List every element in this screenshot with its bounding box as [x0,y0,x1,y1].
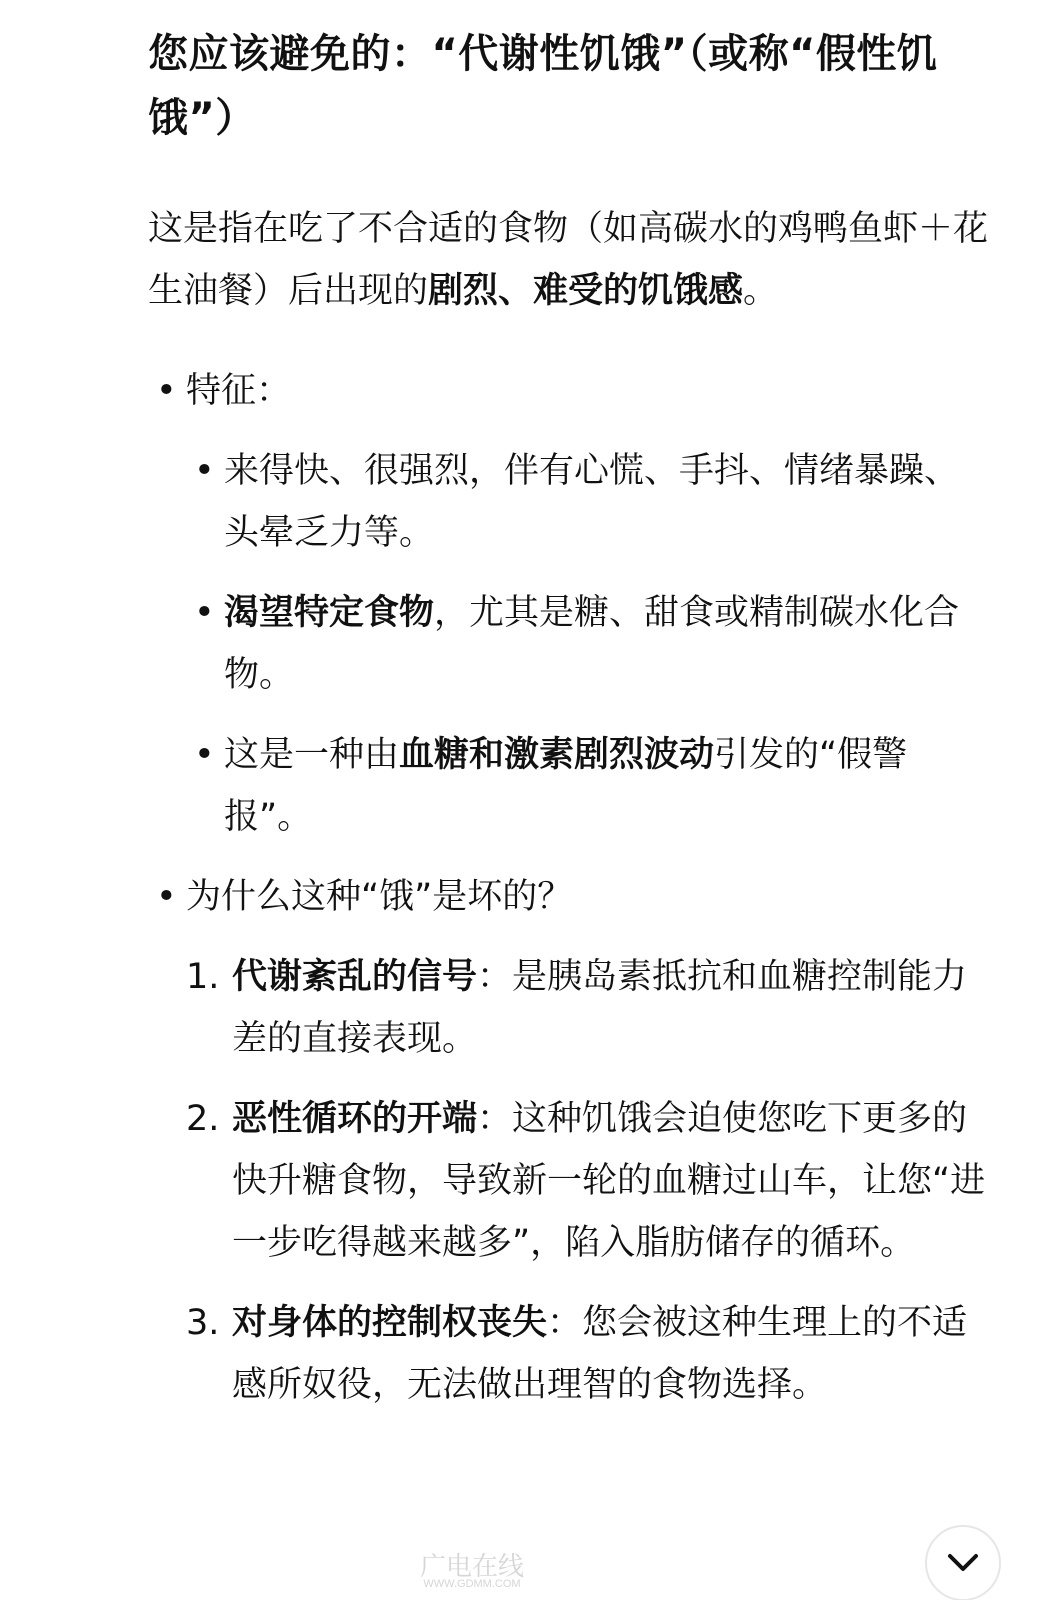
list-item: • 渴望特定食物，尤其是糖、甜食或精制碳水化合物。 [186,582,988,706]
list-item-emphasis: 渴望特定食物 [224,593,434,633]
features-sublist: • 来得快、很强烈，伴有心慌、手抖、情绪暴躁、头晕乏力等。 • 渴望特定食物，尤… [186,440,988,848]
list-item-features: • 特征： • 来得快、很强烈，伴有心慌、手抖、情绪暴躁、头晕乏力等。 • 渴望… [148,360,988,848]
numbered-item: 2. 恶性循环的开端：这种饥饿会迫使您吃下更多的快升糖食物，导致新一轮的血糖过山… [186,1088,988,1274]
list-item-text: 这是一种由 [224,735,399,775]
bullet-icon: • [156,360,177,422]
message-content: 您应该避免的：“代谢性饥饿”（或称“假性饥饿”） 这是指在吃了不合适的食物（如高… [148,22,988,1434]
list-item-emphasis: 血糖和激素剧烈波动 [399,735,714,775]
scroll-to-bottom-button[interactable] [925,1525,1001,1600]
intro-paragraph: 这是指在吃了不合适的食物（如高碳水的鸡鸭鱼虾＋花生油餐）后出现的剧烈、难受的饥饿… [148,198,988,322]
watermark-url: WWW.GDMM.COM [420,1577,524,1591]
numbered-item: 3. 对身体的控制权丧失：您会被这种生理上的不适感所奴役，无法做出理智的食物选择… [186,1292,988,1416]
bullet-icon: • [194,582,215,644]
list-item-label: 特征： [186,371,291,411]
main-list: • 特征： • 来得快、很强烈，伴有心慌、手抖、情绪暴躁、头晕乏力等。 • 渴望… [148,360,988,1416]
item-number: 2. [186,1088,219,1150]
item-label: 代谢紊乱的信号 [232,957,477,997]
list-item-why-bad: • 为什么这种“饿”是坏的？ 1. 代谢紊乱的信号：是胰岛素抵抗和血糖控制能力差… [148,866,988,1416]
list-item: • 来得快、很强烈，伴有心慌、手抖、情绪暴躁、头晕乏力等。 [186,440,988,564]
chevron-down-icon [947,1553,979,1573]
reasons-numbered-list: 1. 代谢紊乱的信号：是胰岛素抵抗和血糖控制能力差的直接表现。 2. 恶性循环的… [186,946,988,1416]
numbered-item: 1. 代谢紊乱的信号：是胰岛素抵抗和血糖控制能力差的直接表现。 [186,946,988,1070]
list-item-label: 为什么这种“饿”是坏的？ [186,877,572,917]
intro-text-end: 。 [743,271,778,311]
bullet-icon: • [194,724,215,786]
item-label: 恶性循环的开端 [232,1099,477,1139]
section-heading: 您应该避免的：“代谢性饥饿”（或称“假性饥饿”） [148,22,988,150]
intro-emphasis: 剧烈、难受的饥饿感 [428,271,743,311]
item-label: 对身体的控制权丧失 [232,1303,547,1343]
list-item: • 这是一种由血糖和激素剧烈波动引发的“假警报”。 [186,724,988,848]
bullet-icon: • [156,866,177,928]
item-number: 1. [186,946,219,1008]
watermark: 广电在线 WWW.GDMM.COM [420,1555,524,1591]
list-item-text: 来得快、很强烈，伴有心慌、手抖、情绪暴躁、头晕乏力等。 [224,451,959,553]
item-number: 3. [186,1292,219,1354]
bullet-icon: • [194,440,215,502]
